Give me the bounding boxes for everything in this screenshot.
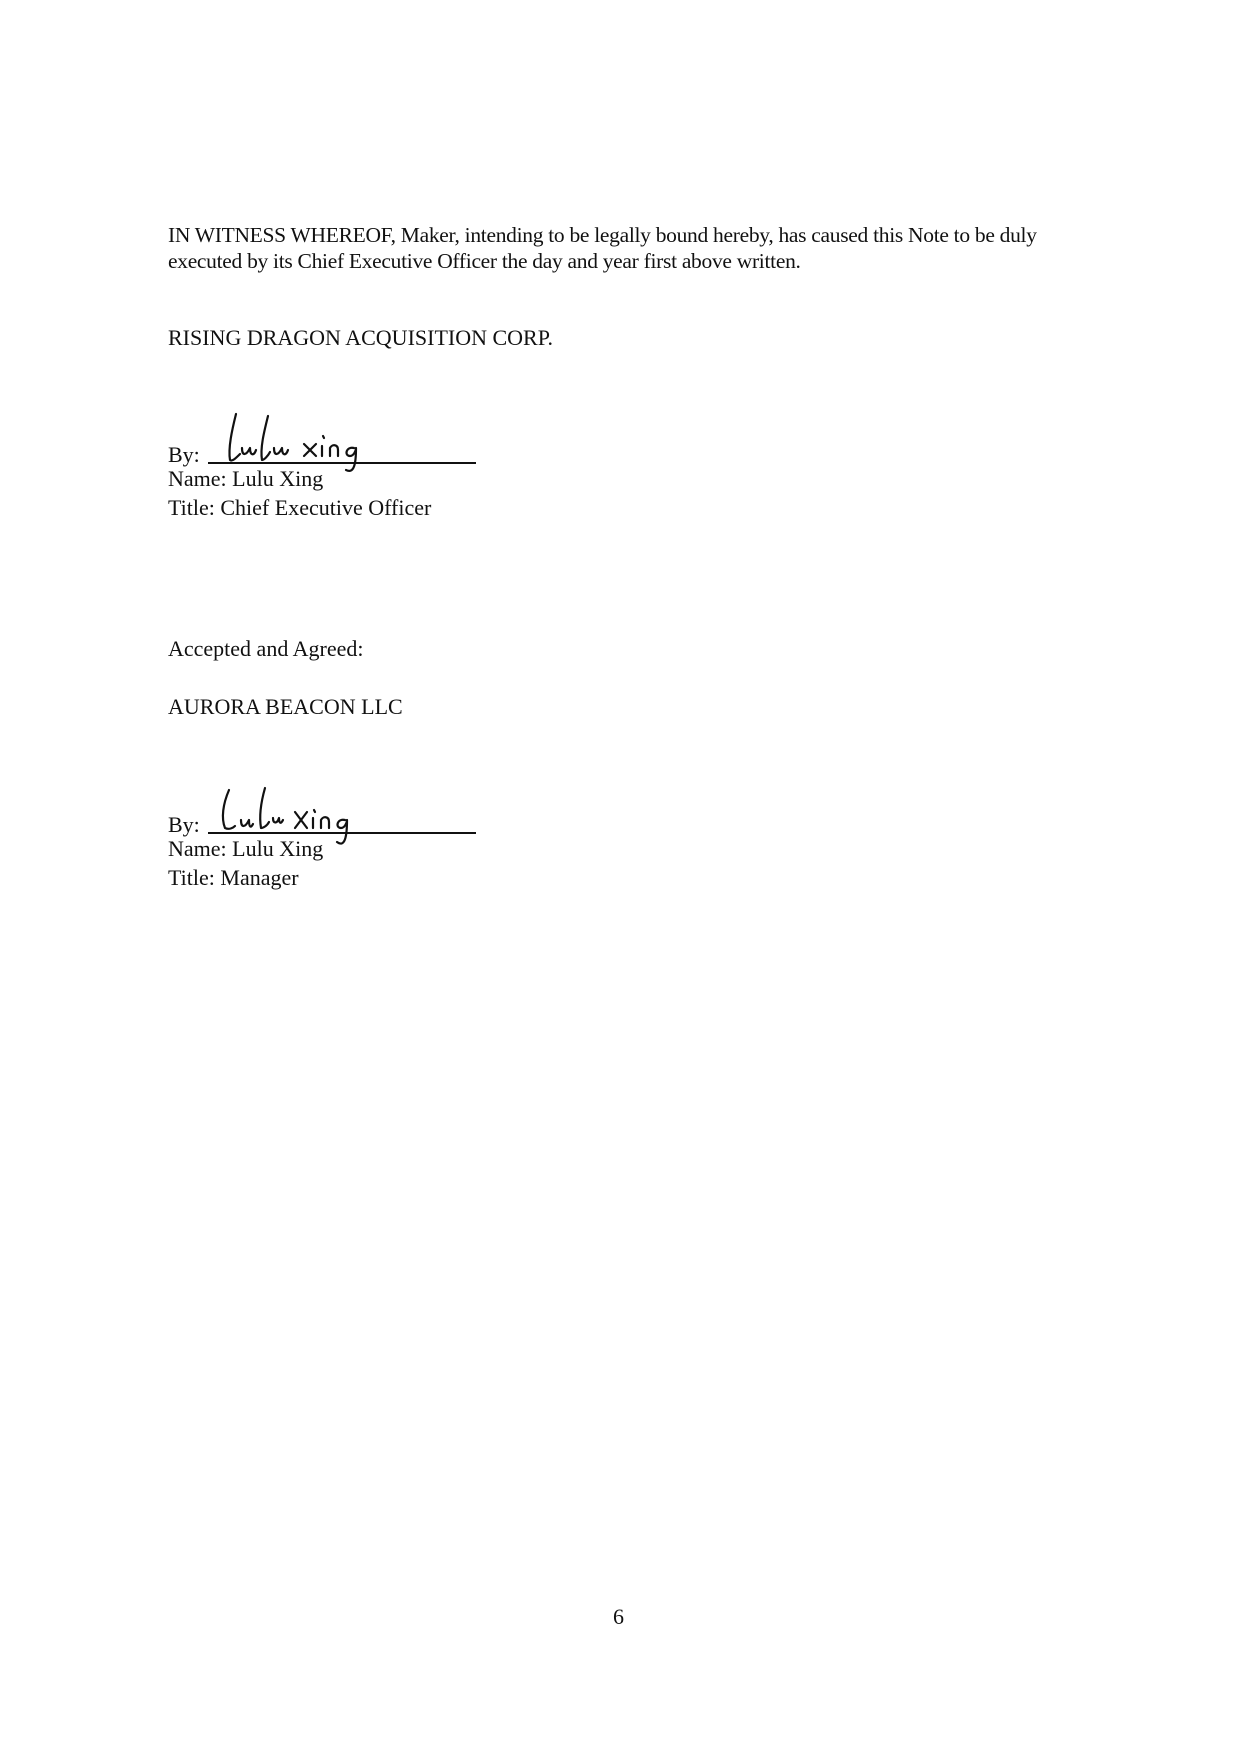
witness-paragraph: IN WITNESS WHEREOF, Maker, intending to … xyxy=(168,222,1108,274)
document-page: IN WITNESS WHEREOF, Maker, intending to … xyxy=(0,0,1240,1755)
acceptance-title-line: Title: Manager xyxy=(168,865,299,891)
maker-company-name: RISING DRAGON ACQUISITION CORP. xyxy=(168,325,553,351)
acceptance-by-label: By: xyxy=(168,812,200,838)
maker-name-line: Name: Lulu Xing xyxy=(168,466,323,492)
maker-by-label: By: xyxy=(168,442,200,468)
acceptance-name-line: Name: Lulu Xing xyxy=(168,836,323,862)
acceptance-company-name: AURORA BEACON LLC xyxy=(168,694,403,720)
acceptance-heading: Accepted and Agreed: xyxy=(168,636,363,662)
page-number: 6 xyxy=(613,1604,624,1630)
maker-title-line: Title: Chief Executive Officer xyxy=(168,495,431,521)
